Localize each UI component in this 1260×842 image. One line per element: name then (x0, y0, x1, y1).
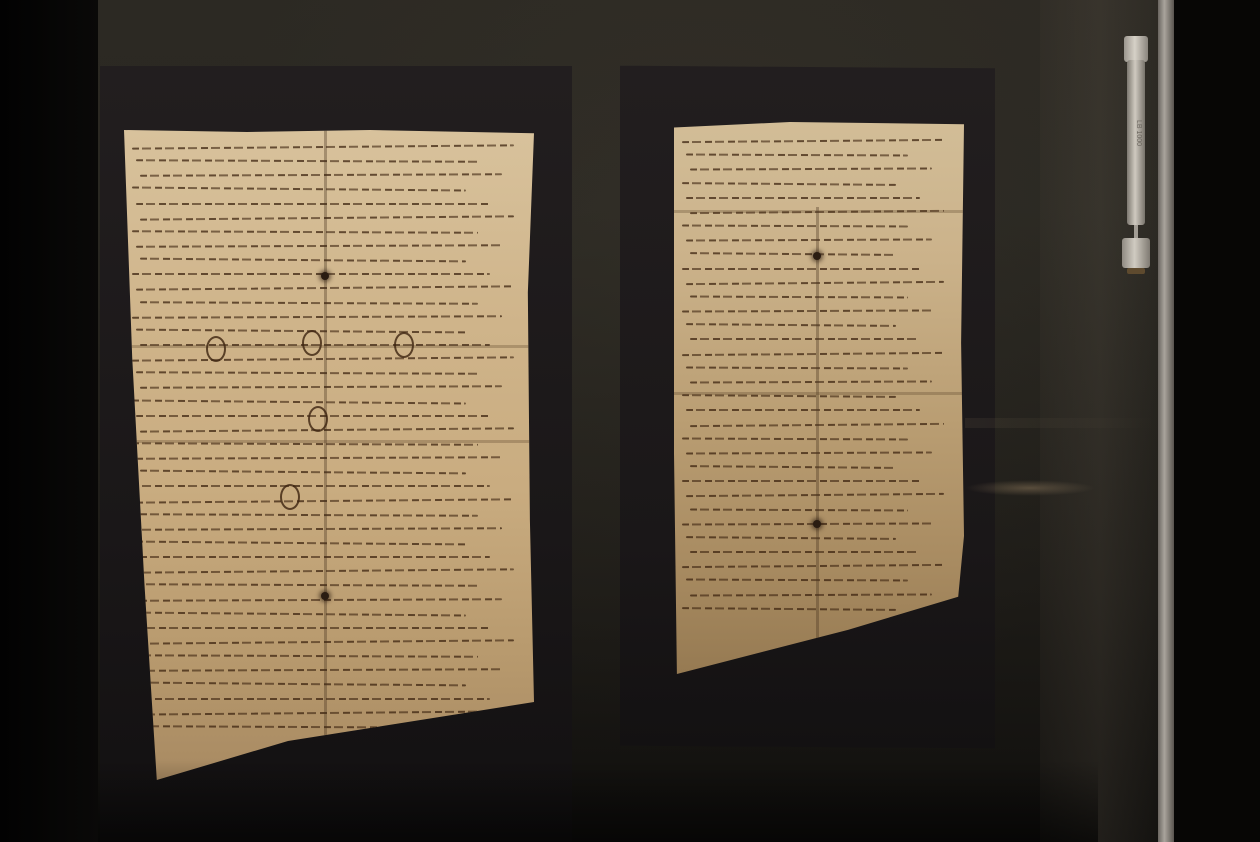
handwriting-line (682, 182, 896, 186)
handwriting-line (132, 485, 490, 487)
handwriting-line (136, 372, 478, 375)
handwriting-line (690, 338, 920, 340)
handwriting-line (140, 470, 466, 475)
manuscript-left (124, 130, 534, 780)
handwriting-line (682, 522, 932, 525)
handwriting-line (140, 386, 502, 390)
handwriting-line (136, 328, 466, 333)
handwriting-line (686, 579, 908, 582)
handwriting-line (690, 508, 908, 511)
handwriting-line (682, 268, 920, 270)
handwriting-line (140, 682, 466, 687)
handwriting-line (132, 315, 502, 319)
handwriting-line (132, 187, 466, 192)
handwriting-line (682, 480, 920, 482)
handwriting-line (686, 409, 920, 411)
handwriting-line (140, 556, 490, 558)
fold-crease-horizontal (674, 392, 964, 395)
seal-mark (394, 332, 414, 358)
handwriting-line (140, 173, 502, 177)
manuscript-right (674, 122, 964, 674)
handwriting-line (682, 351, 944, 355)
fold-crease-vertical (816, 207, 819, 674)
handwriting-line (140, 639, 514, 644)
gas-spring-hinge: LB 1000 (1122, 30, 1152, 276)
pinhole-mark (321, 592, 329, 600)
handwriting-line (132, 399, 466, 404)
hinge-cap (1124, 36, 1148, 62)
handwriting-line (690, 295, 908, 298)
handwriting-line (132, 356, 514, 361)
handwriting-line (132, 273, 490, 275)
handwriting-line (686, 323, 896, 327)
seal-mark (280, 484, 300, 510)
handwriting-line (686, 536, 896, 540)
fold-crease-horizontal (124, 345, 534, 348)
fold-crease-horizontal (674, 210, 964, 213)
handwriting-line (132, 654, 478, 658)
handwriting-line (140, 427, 514, 432)
seal-mark (302, 330, 322, 356)
handwriting-line (140, 258, 466, 263)
handwriting-line (132, 527, 502, 531)
case-floor-shadow (98, 760, 1098, 842)
handwriting-left (124, 130, 534, 780)
case-frame-post (1158, 0, 1174, 842)
handwriting-line (690, 253, 896, 257)
handwriting-line (690, 551, 920, 553)
handwriting-line (132, 569, 514, 574)
handwriting-line (136, 456, 502, 460)
hinge-label: LB 1000 (1130, 120, 1142, 160)
fold-crease-vertical (324, 130, 327, 780)
hinge-stem (1134, 225, 1138, 239)
handwriting-line (690, 380, 932, 383)
pinhole-mark (813, 520, 821, 528)
handwriting-line (136, 668, 502, 672)
handwriting-line (682, 564, 944, 568)
seal-mark (206, 336, 226, 362)
handwriting-line (686, 493, 944, 497)
handwriting-line (682, 607, 896, 611)
handwriting-line (686, 366, 908, 369)
handwriting-line (140, 513, 478, 516)
handwriting-line (682, 310, 932, 313)
fold-crease-horizontal (124, 440, 534, 443)
handwriting-line (136, 541, 466, 546)
handwriting-line (136, 244, 502, 248)
handwriting-line (686, 239, 932, 242)
handwriting-line (686, 154, 908, 157)
dark-wall-right (1174, 0, 1260, 842)
handwriting-line (682, 225, 908, 228)
handwriting-line (690, 593, 932, 596)
handwriting-line (132, 230, 478, 234)
handwriting-line (686, 197, 920, 199)
museum-display-scene: LB 1000 (0, 0, 1260, 842)
handwriting-line (136, 627, 490, 629)
hinge-base (1122, 238, 1150, 268)
handwriting-line (690, 168, 932, 171)
handwriting-line (682, 139, 944, 143)
handwriting-line (690, 465, 896, 469)
pinhole-mark (321, 272, 329, 280)
dark-wall-left (0, 0, 100, 842)
pinhole-mark (813, 252, 821, 260)
handwriting-line (132, 144, 514, 149)
handwriting-line (140, 215, 514, 220)
handwriting-line (132, 698, 490, 700)
hinge-foot (1127, 268, 1145, 274)
handwriting-line (136, 203, 490, 205)
handwriting-line (686, 281, 944, 285)
handwriting-line (136, 584, 478, 587)
seal-mark (308, 406, 328, 432)
handwriting-line (686, 451, 932, 454)
handwriting-line (682, 437, 908, 440)
handwriting-line (136, 159, 478, 162)
handwriting-line (132, 611, 466, 616)
handwriting-right (674, 122, 964, 674)
handwriting-line (140, 301, 478, 304)
